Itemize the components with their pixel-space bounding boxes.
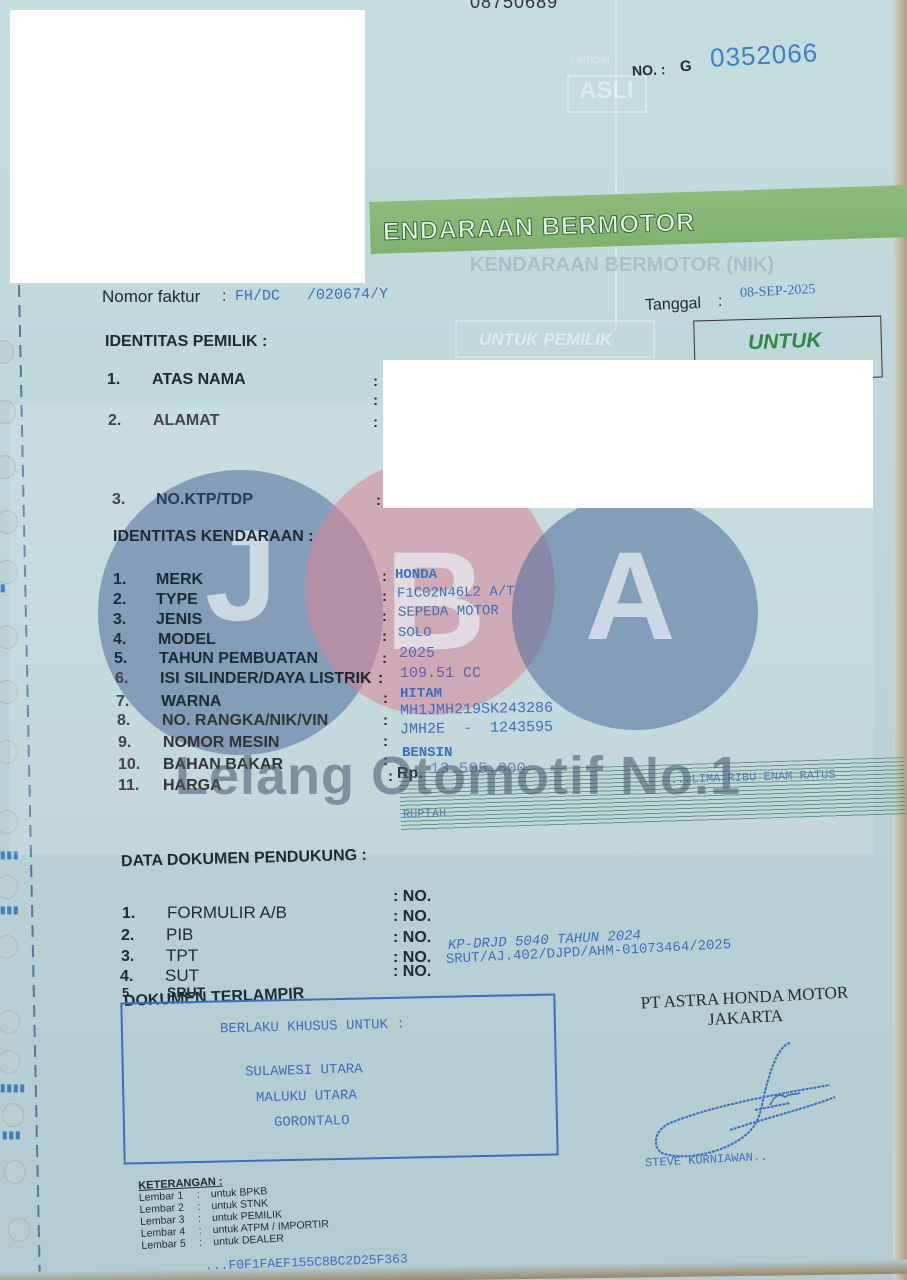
perforation-mark: ▮▮▮ [2, 1130, 22, 1141]
perforation-mark: ▮ [0, 583, 7, 594]
owner-field-address: 2. ALAMAT [108, 412, 219, 430]
field-colon: : [373, 414, 378, 431]
nomor-faktur-value: FH/DC /020674/Y [235, 286, 388, 305]
field-number: 3. [113, 611, 156, 629]
field-number: 4. [113, 631, 158, 649]
silinder-value: 109.51 CC [400, 665, 481, 682]
field-label: ALAMAT [153, 412, 219, 430]
field-label: FORMULIR A/B [167, 903, 287, 923]
field-label: MERK [156, 571, 203, 589]
jenis-value: SEPEDA MOTOR [398, 603, 499, 621]
binder-hole [0, 935, 18, 959]
field-colon: : [376, 492, 381, 509]
field-number: 2. [121, 927, 166, 945]
vehicle-field-warna: 7.WARNA [116, 693, 221, 711]
field-colon: : [382, 568, 387, 585]
model-value: SOLO [398, 625, 432, 641]
field-label: TAHUN PEMBUATAN [159, 650, 318, 668]
field-label: MODEL [158, 631, 216, 649]
form-number-label: NO. : [632, 61, 666, 79]
perforation-mark: ▮▮▮▮ [0, 1083, 26, 1094]
field-number: 9. [118, 734, 163, 752]
rangka-value: MH1JMH219SK243286 [400, 700, 553, 720]
field-number: 1. [107, 371, 152, 389]
watermark-letter-a: A [585, 525, 675, 668]
doc-field-tpt: 3.TPT [121, 946, 198, 966]
paper-bottom-edge [0, 1260, 907, 1280]
top-print-partial: 08750689 [470, 0, 558, 13]
region-3: GORONTALO [274, 1113, 350, 1131]
field-number: 1. [122, 905, 167, 923]
identitas-pemilik-title: IDENTITAS PEMILIK : [105, 333, 267, 351]
field-label: TPT [166, 946, 198, 966]
tanggal-colon: : [718, 293, 722, 311]
field-label: TYPE [156, 591, 198, 609]
field-number: 3. [121, 948, 166, 966]
binder-hole [0, 1010, 20, 1034]
owner-field-ktp: 3. NO.KTP/TDP [112, 491, 253, 509]
field-colon: : [382, 650, 387, 667]
field-colon: : [378, 670, 383, 688]
paper-fold [615, 0, 617, 330]
region-1: SULAWESI UTARA [245, 1061, 363, 1080]
field-number: 1. [113, 571, 156, 589]
sheet-number: Lembar 5 [141, 1237, 200, 1252]
owner-field-name: 1. ATAS NAMA [107, 371, 246, 389]
terbilang-line-2: RUPIAH [403, 807, 447, 822]
field-colon: : [382, 608, 387, 625]
binder-hole [8, 1218, 30, 1242]
binder-hole [0, 1050, 20, 1074]
field-colon: : [382, 588, 387, 605]
field-label: NO. RANGKA/NIK/VIN [162, 712, 328, 730]
field-colon: : [373, 392, 378, 409]
field-number: 6. [115, 670, 160, 688]
field-colon: : [383, 690, 388, 707]
formulir-no: : NO. [393, 888, 431, 906]
untuk-label: UNTUK [748, 329, 822, 356]
binder-hole [0, 875, 18, 899]
mesin-value: JMH2E - 1243595 [400, 719, 553, 739]
vehicle-field-merk: 1.MERK [113, 571, 203, 589]
field-number: 2. [113, 591, 156, 609]
field-label: ISI SILINDER/DAYA LISTRIK [160, 670, 372, 688]
field-number: 10. [118, 756, 163, 774]
signature-scribble [650, 1035, 840, 1165]
field-label: ATAS NAMA [152, 371, 246, 389]
binder-hole [2, 1103, 24, 1127]
field-number: 11. [118, 777, 163, 795]
watermark-text: Lelang Otomotif No.1 [175, 745, 741, 807]
field-number: 5. [114, 650, 159, 668]
vehicle-field-model: 4.MODEL [113, 631, 216, 649]
untuk-pemilik-ghost: UNTUK PEMILIK [455, 320, 655, 358]
tahun-value: 2025 [399, 645, 435, 662]
merk-value: HONDA [395, 567, 437, 583]
form-number-series: G [680, 58, 693, 76]
field-label: PIB [166, 925, 193, 945]
doc-field-formulir: 1.FORMULIR A/B [122, 903, 287, 923]
region-2: MALUKU UTARA [256, 1088, 357, 1107]
field-colon: : [382, 628, 387, 645]
doc-field-sut: 4.SUT [120, 966, 199, 986]
vehicle-field-type: 2.TYPE [113, 591, 198, 609]
pib-no: : NO. [393, 908, 431, 926]
nomor-faktur-colon: : [222, 288, 226, 306]
vehicle-invoice-document: ▮ ▮▮▮ ▮▮▮ ▮▮▮▮ ▮▮▮ 08750689 Lembar ASLI … [0, 0, 907, 1280]
form-number-value: 0352066 [709, 37, 819, 74]
sheet-desc: untuk DEALER [213, 1232, 284, 1248]
vehicle-field-jenis: 3.JENIS [113, 611, 202, 629]
field-number: 7. [116, 693, 161, 711]
redacted-region [10, 10, 365, 283]
ghost-subtitle: KENDARAAN BERMOTOR (NIK) [470, 254, 774, 277]
vehicle-field-tahun: 5.TAHUN PEMBUATAN [114, 650, 318, 668]
field-label: WARNA [161, 693, 221, 711]
perforation-mark: ▮▮▮ [0, 905, 20, 916]
nomor-faktur-label: Nomor faktur [102, 287, 200, 307]
type-value: F1C02N46L2 A/T [397, 584, 515, 602]
watermark-letter-j: J [205, 500, 277, 650]
field-label: NO.KTP/TDP [156, 491, 253, 509]
field-number: 2. [108, 412, 153, 430]
redacted-region [383, 360, 873, 508]
field-number: 8. [117, 712, 162, 730]
tanggal-value: 08-SEP-2025 [740, 282, 816, 302]
binder-hole [4, 1160, 26, 1184]
binder-hole [0, 340, 14, 364]
field-label: SUT [165, 966, 199, 986]
field-number: 3. [112, 491, 156, 509]
warna-value: HITAM [400, 686, 442, 702]
field-colon: : [383, 712, 388, 729]
vehicle-field-rangka: 8.NO. RANGKA/NIK/VIN [117, 712, 328, 730]
doc-field-pib: 2.PIB [121, 925, 193, 945]
vehicle-field-silinder: 6.ISI SILINDER/DAYA LISTRIK [115, 670, 372, 688]
tpt-no: : NO. [393, 929, 431, 947]
srut-no: : NO. [393, 963, 431, 981]
field-colon: : [373, 373, 378, 390]
field-label: JENIS [156, 611, 202, 629]
keterangan-section: KETERANGAN : Lembar 1:untuk BPKB Lembar … [138, 1170, 330, 1252]
tanggal-label: Tanggal [645, 295, 702, 315]
lembar-ghost-text: Lembar [570, 52, 611, 66]
asli-ghost-stamp: ASLI [567, 75, 647, 113]
identitas-kendaraan-title: IDENTITAS KENDARAAN : [113, 528, 314, 546]
signature-company: PT ASTRA HONDA MOTOR JAKARTA [614, 981, 876, 1035]
